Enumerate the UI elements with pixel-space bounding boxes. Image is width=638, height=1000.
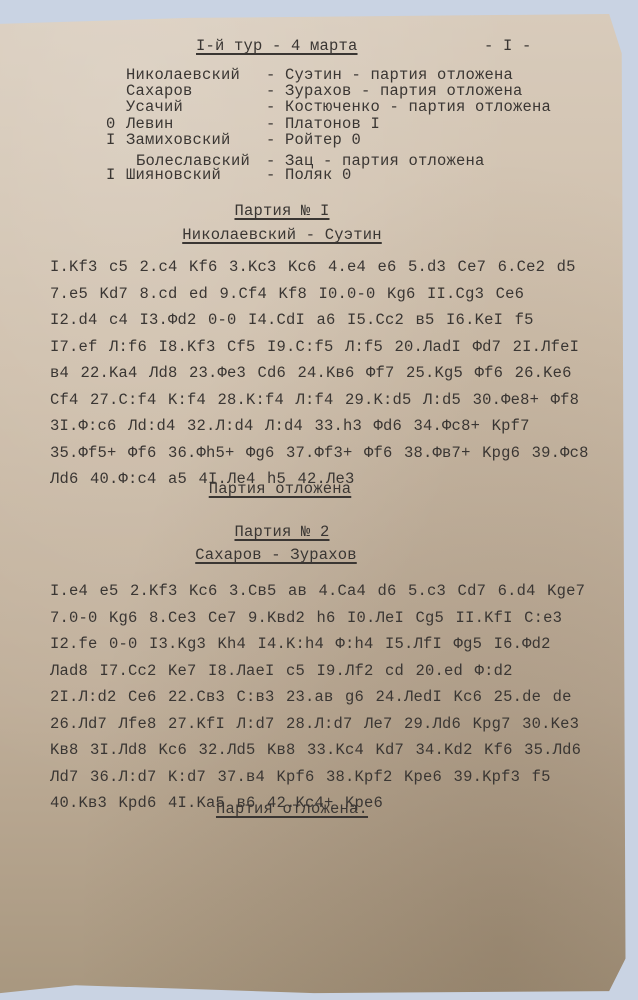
move-line: Лd7 36.Л:d7 K:d7 37.в4 Kpf6 38.Kpf2 Kpe6… <box>50 764 630 791</box>
move-line: I2.d4 c4 I3.Фd2 0-0 I4.CdI a6 I5.Cc2 в5 … <box>50 307 630 334</box>
game-2-players: Сахаров - Зурахов <box>0 546 560 564</box>
move-line: 26.Лd7 Лfe8 27.KfI Л:d7 28.Л:d7 Лe7 29.Л… <box>50 711 630 738</box>
move-line: Kв8 3I.Лd8 Kc6 32.Лd5 Kв8 33.Kc4 Kd7 34.… <box>50 737 630 764</box>
game-1-players: Николаевский - Суэтин <box>0 226 566 244</box>
move-line: 7.0-0 Kg6 8.Ce3 Ce7 9.Kвd2 h6 I0.ЛeI Cg5… <box>50 605 630 632</box>
move-line: 35.Фf5+ Фf6 36.Фh5+ Фg6 37.Фf3+ Фf6 38.Ф… <box>50 440 630 467</box>
move-line: Лad8 I7.Cc2 Ke7 I8.ЛaeI c5 I9.Лf2 cd 20.… <box>50 658 630 685</box>
game-2-title: Партия № 2 <box>0 523 566 541</box>
page-number: - I - <box>484 37 532 55</box>
game-1-title: Партия № I <box>0 202 566 220</box>
move-line: I.e4 e5 2.Kf3 Kc6 3.Cв5 aв 4.Ca4 d6 5.c3… <box>50 578 630 605</box>
move-line: 2I.Л:d2 Ce6 22.Cв3 C:в3 23.aв g6 24.ЛedI… <box>50 684 630 711</box>
move-line: Cf4 27.C:f4 K:f4 28.K:f4 Л:f4 29.K:d5 Л:… <box>50 387 630 414</box>
move-line: 3I.Ф:c6 Лd:d4 32.Л:d4 Л:d4 33.h3 Фd6 34.… <box>50 413 630 440</box>
game-1-moves: I.Kf3 c5 2.c4 Kf6 3.Kc3 Kc6 4.e4 e6 5.d3… <box>50 254 630 493</box>
game-2-result: Партия отложена. <box>8 800 576 818</box>
game-1-result: Партия отложена <box>0 480 564 498</box>
result-row: Усачий- Костюченко - партия отложена <box>106 98 551 116</box>
move-line: I7.ef Л:f6 I8.Kf3 Cf5 I9.C:f5 Л:f5 20.Лa… <box>50 334 630 361</box>
game-2-moves: I.e4 e5 2.Kf3 Kc6 3.Cв5 aв 4.Ca4 d6 5.c3… <box>50 578 630 817</box>
move-line: I2.fe 0-0 I3.Kg3 Kh4 I4.K:h4 Ф:h4 I5.ЛfI… <box>50 631 630 658</box>
move-line: 7.e5 Kd7 8.cd ed 9.Cf4 Kf8 I0.0-0 Kg6 II… <box>50 281 630 308</box>
result-row: IЗамиховский- Ройтер 0 <box>106 131 361 149</box>
round-heading: I-й тур - 4 марта <box>196 37 358 55</box>
move-line: I.Kf3 c5 2.c4 Kf6 3.Kc3 Kc6 4.e4 e6 5.d3… <box>50 254 630 281</box>
move-line: в4 22.Ka4 Лd8 23.Фe3 Cd6 24.Kв6 Фf7 25.K… <box>50 360 630 387</box>
result-row: IШияновский- Поляк 0 <box>106 166 352 184</box>
